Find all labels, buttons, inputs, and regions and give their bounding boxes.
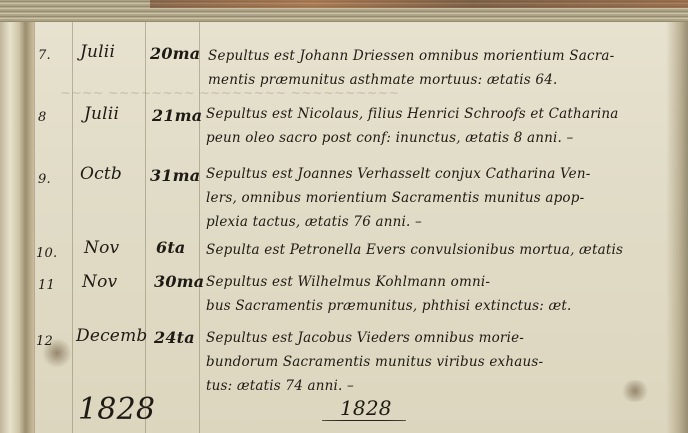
entry-day: 20ma	[150, 44, 200, 63]
entry-month: Decemb	[76, 326, 147, 346]
page-gutter-shadow	[666, 22, 688, 433]
entry-number: 8	[38, 110, 46, 125]
entry-month: Julii	[80, 42, 115, 62]
entry-number: 10.	[36, 246, 57, 261]
entry-text-line: lers, omnibus morientium Sacramentis mun…	[206, 190, 584, 206]
entry-month: Nov	[82, 272, 117, 292]
entry-month: Nov	[84, 238, 119, 258]
year-underline	[322, 420, 406, 421]
entry-text-line: Sepultus est Joannes Verhasselt conjux C…	[206, 166, 591, 182]
book-page-edges-tint	[150, 0, 688, 8]
entry-number: 11	[38, 278, 55, 293]
number-column-rule	[72, 22, 73, 433]
entry-text-line: bus Sacramentis præmunitus, phthisi exti…	[206, 298, 572, 314]
entry-month: Octb	[80, 164, 122, 184]
entry-day: 31ma	[150, 166, 200, 185]
entry-number: 9.	[38, 172, 51, 187]
year-marker-center: 1828	[340, 396, 392, 420]
entry-text-line: mentis præmunitus asthmate mortuus: ætat…	[208, 72, 558, 88]
entry-text-line: Sepultus est Johann Driessen omnibus mor…	[208, 48, 614, 64]
year-marker-left: 1828	[78, 392, 155, 427]
month-column-rule	[145, 22, 146, 433]
entry-day: 21ma	[152, 106, 202, 125]
margin-rule	[34, 22, 35, 433]
entry-text-line: Sepultus est Nicolaus, filius Henrici Sc…	[206, 106, 619, 122]
book-binding	[0, 22, 34, 433]
entry-text-line: Sepultus est Wilhelmus Kohlmann omni-	[206, 274, 490, 290]
entry-text-line: Sepultus est Jacobus Vieders omnibus mor…	[206, 330, 524, 346]
day-column-rule	[199, 22, 200, 433]
entry-month: Julii	[84, 104, 119, 124]
entry-text-line: plexia tactus, ætatis 76 anni. –	[206, 214, 422, 230]
entry-day: 24ta	[154, 328, 195, 347]
entry-number: 12	[36, 334, 53, 349]
ink-stain	[620, 380, 650, 402]
bleed-through-text: ~~~~ ~~~~~~~~ ~~~~~~~~ ~~~~~~~~~~	[60, 86, 399, 101]
entry-text-line: peun oleo sacro post conf: inunctus, æta…	[206, 130, 574, 146]
entry-day: 6ta	[156, 238, 186, 257]
entry-number: 7.	[38, 48, 51, 63]
entry-day: 30ma	[154, 272, 204, 291]
entry-text-line: tus: ætatis 74 anni. –	[206, 378, 354, 394]
entry-text-line: Sepulta est Petronella Evers convulsioni…	[206, 242, 623, 258]
entry-text-line: bundorum Sacramentis munitus viribus exh…	[206, 354, 543, 370]
